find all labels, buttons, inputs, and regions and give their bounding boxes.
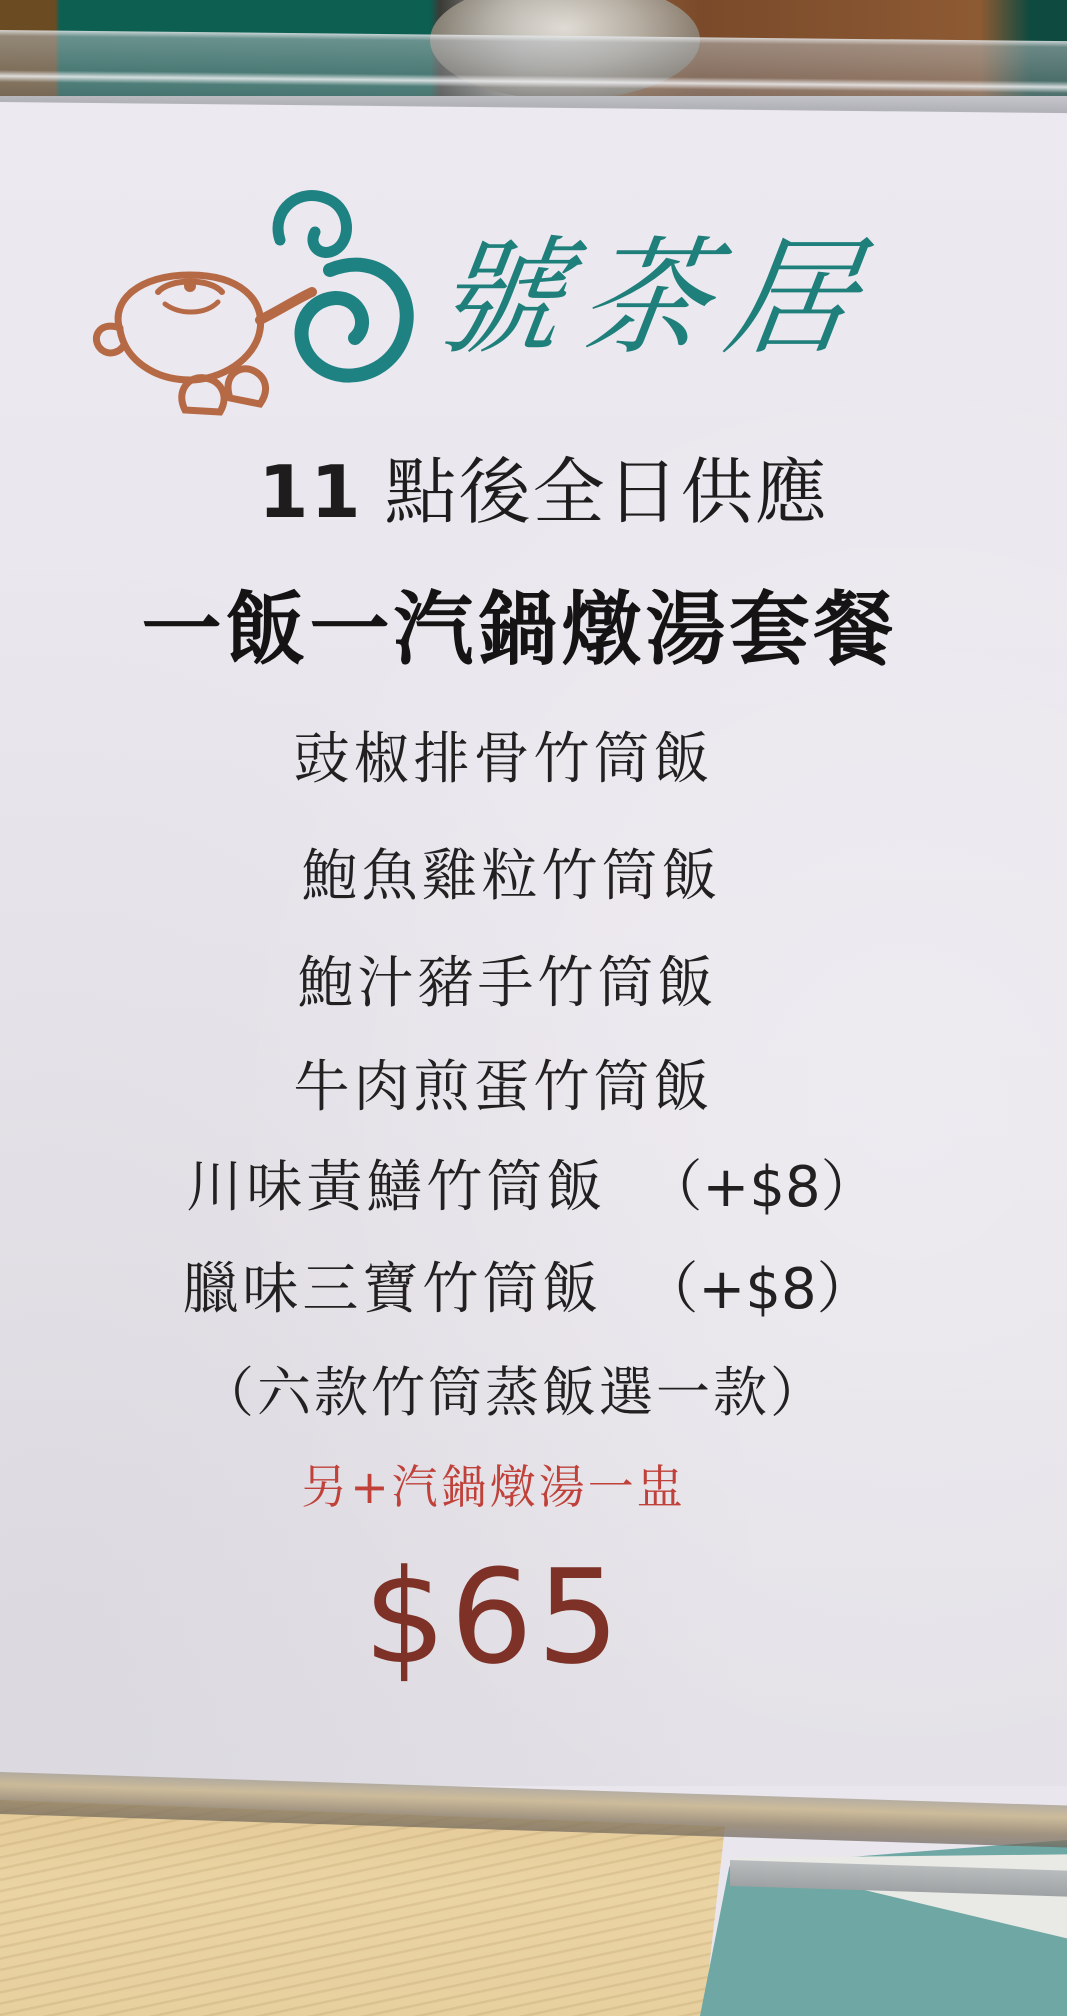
serving-hours-text: 點後全日供應 <box>385 450 829 534</box>
menu-photo: 號茶居 11點後全日供應 一飯一汽鍋燉湯套餐 豉椒排骨竹筒飯 鮑魚雞粒竹筒飯 鮑… <box>0 0 1067 2016</box>
menu-item-surcharge: （+$8） <box>646 1155 876 1220</box>
menu-item-name: 臘味三寶竹筒飯 <box>182 1257 602 1322</box>
menu-item: 川味黃鱔竹筒飯（+$8） <box>0 1160 1065 1216</box>
menu-item-name: 豉椒排骨竹筒飯 <box>294 727 714 792</box>
menu-item: 臘味三寶竹筒飯（+$8） <box>0 1262 1061 1318</box>
menu-item: 鮑汁豬手竹筒飯 <box>0 956 1041 1012</box>
set-meal-title: 一飯一汽鍋燉湯套餐 <box>0 590 1053 670</box>
teapot-with-cups-and-swirl-icon <box>80 180 420 420</box>
restaurant-name: 號茶居 <box>426 235 882 363</box>
menu-item-name: 牛肉煎蛋竹筒飯 <box>294 1055 714 1120</box>
acrylic-holder-top-edge <box>0 30 1067 113</box>
set-price: $65 <box>0 1552 1027 1682</box>
menu-item-name: 鮑魚雞粒竹筒飯 <box>302 844 722 909</box>
soup-addon: 另+汽鍋燉湯一盅 <box>0 1464 1027 1510</box>
menu-item: 鮑魚雞粒竹筒飯 <box>0 849 1045 905</box>
serving-hours: 11點後全日供應 <box>0 456 1067 528</box>
menu-item-surcharge: （+$8） <box>642 1257 872 1322</box>
serving-hours-time: 11 <box>258 450 362 534</box>
menu-item-name: 川味黃鱔竹筒飯 <box>186 1155 606 1220</box>
menu-item: 牛肉煎蛋竹筒飯 <box>0 1060 1037 1116</box>
menu-item: 豉椒排骨竹筒飯 <box>0 732 1037 788</box>
restaurant-logo: 號茶居 <box>80 180 940 420</box>
choice-note: （六款竹筒蒸飯選一款） <box>0 1366 1047 1420</box>
menu-item-name: 鮑汁豬手竹筒飯 <box>298 951 718 1016</box>
